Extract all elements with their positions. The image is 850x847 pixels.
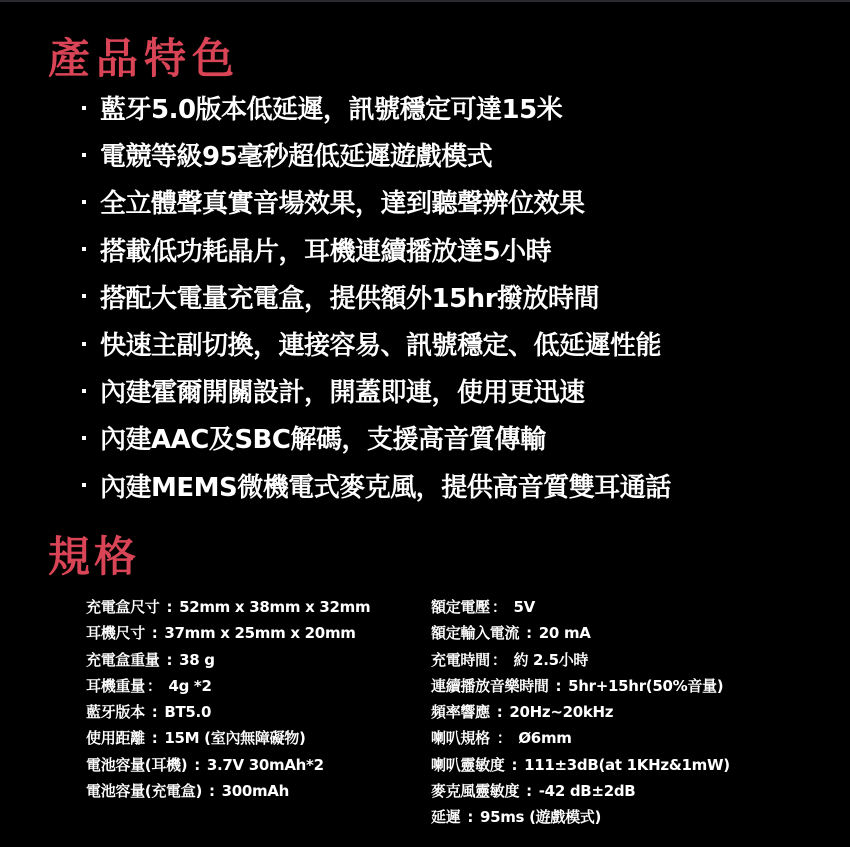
bullet-icon	[82, 247, 86, 251]
feature-text: 藍牙5.0版本低延遲，訊號穩定可達15米	[100, 89, 562, 126]
spec-row: 使用距離 : 15M (室內無障礙物)	[86, 725, 370, 751]
spec-value: 52mm x 38mm x 32mm	[179, 598, 370, 616]
spec-separator: :	[521, 624, 537, 642]
spec-row: 藍牙版本 : BT5.0	[86, 699, 370, 725]
spec-label: 電池容量(耳機)	[86, 756, 187, 774]
spec-label: 連續播放音樂時間	[431, 677, 549, 695]
feature-item: 內建MEMS微機電式麥克風，提供高音質雙耳通話	[78, 462, 671, 509]
spec-row: 額定輸入電流 : 20 mA	[431, 620, 730, 646]
feature-text: 內建MEMS微機電式麥克風，提供高音質雙耳通話	[100, 467, 671, 504]
spec-value: 4g *2	[168, 677, 211, 695]
spec-label: 喇叭規格	[431, 729, 490, 747]
spec-separator: :	[204, 782, 220, 800]
bullet-icon	[82, 436, 86, 440]
feature-item: 搭載低功耗晶片，耳機連續播放達5小時	[78, 226, 671, 273]
spec-separator: ：	[147, 677, 167, 695]
spec-value: 111±3dB(at 1KHz&1mW)	[524, 756, 730, 774]
spec-label: 充電時間	[431, 651, 490, 669]
spec-row: 喇叭靈敏度 : 111±3dB(at 1KHz&1mW)	[431, 752, 730, 778]
spec-label: 延遲	[431, 808, 460, 826]
spec-separator: :	[492, 703, 508, 721]
bullet-icon	[82, 483, 86, 487]
spec-value: BT5.0	[164, 703, 211, 721]
spec-value: Ø6mm	[518, 729, 571, 747]
spec-separator: :	[162, 651, 178, 669]
feature-text: 搭載低功耗晶片，耳機連續播放達5小時	[100, 231, 551, 268]
spec-row: 額定電壓： 5V	[431, 594, 730, 620]
spec-label: 充電盒尺寸	[86, 598, 160, 616]
spec-label: 喇叭靈敏度	[431, 756, 505, 774]
spec-separator: :	[189, 756, 205, 774]
spec-label: 耳機尺寸	[86, 624, 145, 642]
spec-separator: ：	[492, 598, 512, 616]
spec-value: 約 2.5小時	[513, 651, 588, 669]
spec-label: 電池容量(充電盒)	[86, 782, 202, 800]
spec-separator: :	[147, 729, 163, 747]
bullet-icon	[82, 106, 86, 110]
spec-label: 使用距離	[86, 729, 145, 747]
spec-separator: :	[521, 782, 537, 800]
specs-right-column: 額定電壓： 5V 額定輸入電流 : 20 mA 充電時間： 約 2.5小時 連續…	[431, 594, 730, 831]
features-list: 藍牙5.0版本低延遲，訊號穩定可達15米 電競等級95毫秒超低延遲遊戲模式 全立…	[78, 84, 671, 509]
spec-label: 頻率響應	[431, 703, 490, 721]
top-border	[0, 0, 850, 2]
spec-separator: :	[507, 756, 523, 774]
spec-value: 95ms (遊戲模式)	[480, 808, 601, 826]
spec-row: 耳機尺寸 : 37mm x 25mm x 20mm	[86, 620, 370, 646]
spec-value: 20 mA	[539, 624, 591, 642]
spec-row: 麥克風靈敏度 : -42 dB±2dB	[431, 778, 730, 804]
spec-label: 藍牙版本	[86, 703, 145, 721]
spec-separator: ：	[492, 651, 512, 669]
spec-row: 喇叭規格 ： Ø6mm	[431, 725, 730, 751]
feature-text: 快速主副切換，連接容易、訊號穩定、低延遲性能	[100, 325, 661, 362]
feature-item: 搭配大電量充電盒，提供額外15hr撥放時間	[78, 273, 671, 320]
spec-separator: :	[147, 703, 163, 721]
feature-text: 搭配大電量充電盒，提供額外15hr撥放時間	[100, 278, 599, 315]
specs-left-column: 充電盒尺寸 : 52mm x 38mm x 32mm 耳機尺寸 : 37mm x…	[86, 594, 370, 804]
bullet-icon	[82, 342, 86, 346]
feature-item: 快速主副切換，連接容易、訊號穩定、低延遲性能	[78, 320, 671, 367]
bullet-icon	[82, 200, 86, 204]
spec-value: -42 dB±2dB	[539, 782, 636, 800]
feature-item: 內建霍爾開關設計，開蓋即連，使用更迅速	[78, 367, 671, 414]
bullet-icon	[82, 389, 86, 393]
spec-label: 麥克風靈敏度	[431, 782, 519, 800]
feature-item: 內建AAC及SBC解碼，支援高音質傳輸	[78, 414, 671, 461]
bullet-icon	[82, 294, 86, 298]
feature-text: 電競等級95毫秒超低延遲遊戲模式	[100, 136, 492, 173]
spec-value: 20Hz~20kHz	[509, 703, 613, 721]
feature-item: 電競等級95毫秒超低延遲遊戲模式	[78, 131, 671, 178]
feature-text: 內建霍爾開關設計，開蓋即連，使用更迅速	[100, 372, 585, 409]
spec-separator: :	[462, 808, 478, 826]
spec-separator: ：	[492, 729, 517, 747]
spec-row: 充電時間： 約 2.5小時	[431, 647, 730, 673]
bullet-icon	[82, 153, 86, 157]
spec-label: 額定電壓	[431, 598, 490, 616]
spec-row: 電池容量(耳機) : 3.7V 30mAh*2	[86, 752, 370, 778]
spec-row: 電池容量(充電盒) : 300mAh	[86, 778, 370, 804]
spec-row: 頻率響應 : 20Hz~20kHz	[431, 699, 730, 725]
spec-value: 5V	[513, 598, 534, 616]
feature-text: 內建AAC及SBC解碼，支援高音質傳輸	[100, 419, 545, 456]
features-heading: 產品特色	[48, 38, 240, 80]
specs-heading: 規格	[48, 536, 140, 578]
spec-row: 充電盒重量 : 38 g	[86, 647, 370, 673]
spec-value: 37mm x 25mm x 20mm	[164, 624, 355, 642]
feature-item: 全立體聲真實音場效果，達到聽聲辨位效果	[78, 178, 671, 225]
spec-label: 充電盒重量	[86, 651, 160, 669]
spec-label: 耳機重量	[86, 677, 145, 695]
spec-value: 38 g	[179, 651, 215, 669]
spec-value: 15M (室內無障礙物)	[164, 729, 305, 747]
spec-label: 額定輸入電流	[431, 624, 519, 642]
feature-item: 藍牙5.0版本低延遲，訊號穩定可達15米	[78, 84, 671, 131]
spec-row: 充電盒尺寸 : 52mm x 38mm x 32mm	[86, 594, 370, 620]
spec-value: 5hr+15hr(50%音量)	[568, 677, 723, 695]
spec-row: 耳機重量： 4g *2	[86, 673, 370, 699]
spec-row: 延遲 : 95ms (遊戲模式)	[431, 804, 730, 830]
spec-value: 3.7V 30mAh*2	[207, 756, 324, 774]
spec-separator: :	[162, 598, 178, 616]
spec-value: 300mAh	[222, 782, 289, 800]
spec-separator: :	[147, 624, 163, 642]
feature-text: 全立體聲真實音場效果，達到聽聲辨位效果	[100, 183, 585, 220]
spec-separator: :	[551, 677, 567, 695]
spec-row: 連續播放音樂時間 : 5hr+15hr(50%音量)	[431, 673, 730, 699]
